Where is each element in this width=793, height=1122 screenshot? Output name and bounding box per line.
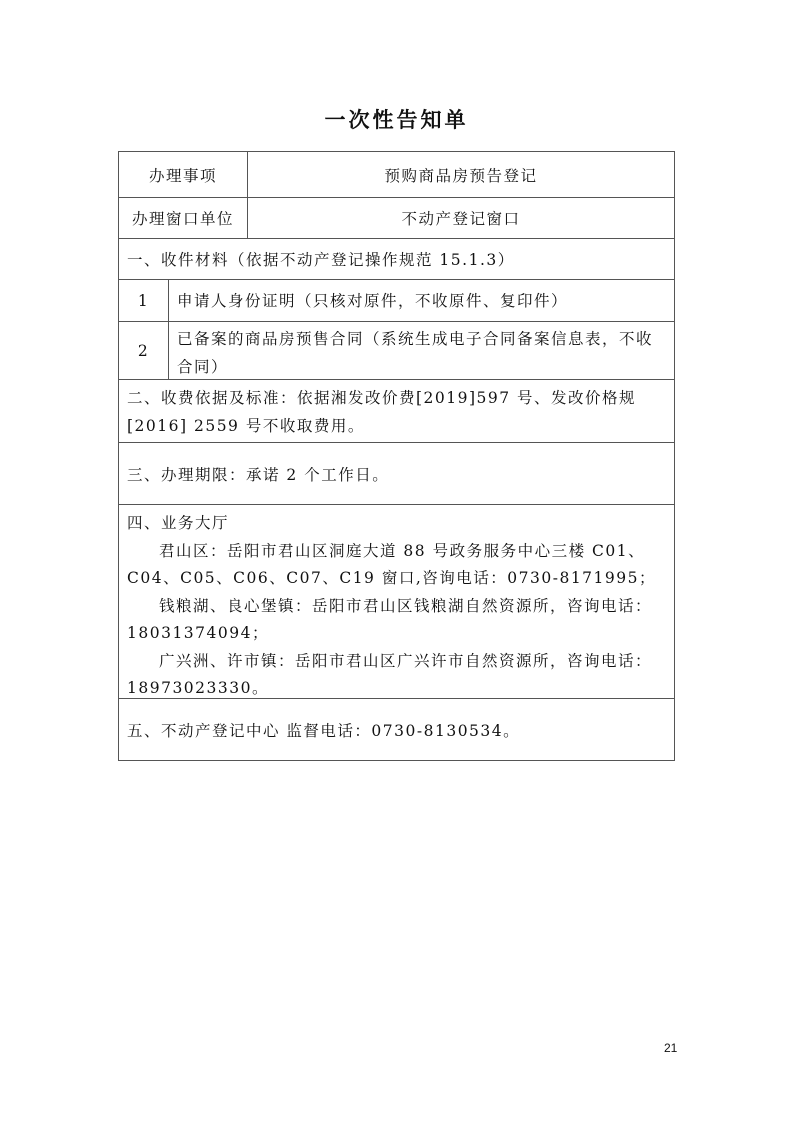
item-value: 预购商品房预告登记 <box>248 152 674 197</box>
section4-halls: 四、业务大厅 君山区：岳阳市君山区洞庭大道 88 号政务服务中心三楼 C01、C… <box>119 504 674 698</box>
hall-junshan: 君山区：岳阳市君山区洞庭大道 88 号政务服务中心三楼 C01、C04、C05、… <box>127 538 666 593</box>
section1-heading: 一、收件材料（依据不动产登记操作规范 15.1.3） <box>119 238 674 279</box>
row-item: 办理事项 预购商品房预告登记 <box>119 152 674 197</box>
window-value: 不动产登记窗口 <box>248 198 674 238</box>
material-text: 申请人身份证明（只核对原件，不收原件、复印件） <box>169 280 674 321</box>
material-number: 2 <box>119 322 169 379</box>
section4-heading: 四、业务大厅 <box>127 510 666 538</box>
document-title: 一次性告知单 <box>0 104 793 134</box>
material-number: 1 <box>119 280 169 321</box>
material-row: 2 已备案的商品房预售合同（系统生成电子合同备案信息表，不收合同） <box>119 321 674 379</box>
section5-supervision: 五、不动产登记中心 监督电话：0730-8130534。 <box>119 698 674 760</box>
section3-time-limit: 三、办理期限：承诺 2 个工作日。 <box>119 442 674 504</box>
material-row: 1 申请人身份证明（只核对原件，不收原件、复印件） <box>119 279 674 321</box>
row-window: 办理窗口单位 不动产登记窗口 <box>119 197 674 238</box>
hall-qianlianghu: 钱粮湖、良心堡镇：岳阳市君山区钱粮湖自然资源所，咨询电话：18031374094… <box>127 593 666 648</box>
notice-table: 办理事项 预购商品房预告登记 办理窗口单位 不动产登记窗口 一、收件材料（依据不… <box>118 151 675 761</box>
item-label: 办理事项 <box>119 152 248 197</box>
window-label: 办理窗口单位 <box>119 198 248 238</box>
hall-guangxingzhou: 广兴洲、许市镇：岳阳市君山区广兴许市自然资源所，咨询电话：18973023330… <box>127 648 666 703</box>
page-number: 21 <box>664 1041 677 1055</box>
material-text: 已备案的商品房预售合同（系统生成电子合同备案信息表，不收合同） <box>169 322 674 379</box>
section2-fees: 二、收费依据及标准：依据湘发改价费[2019]597 号、发改价格规[2016]… <box>119 379 674 442</box>
